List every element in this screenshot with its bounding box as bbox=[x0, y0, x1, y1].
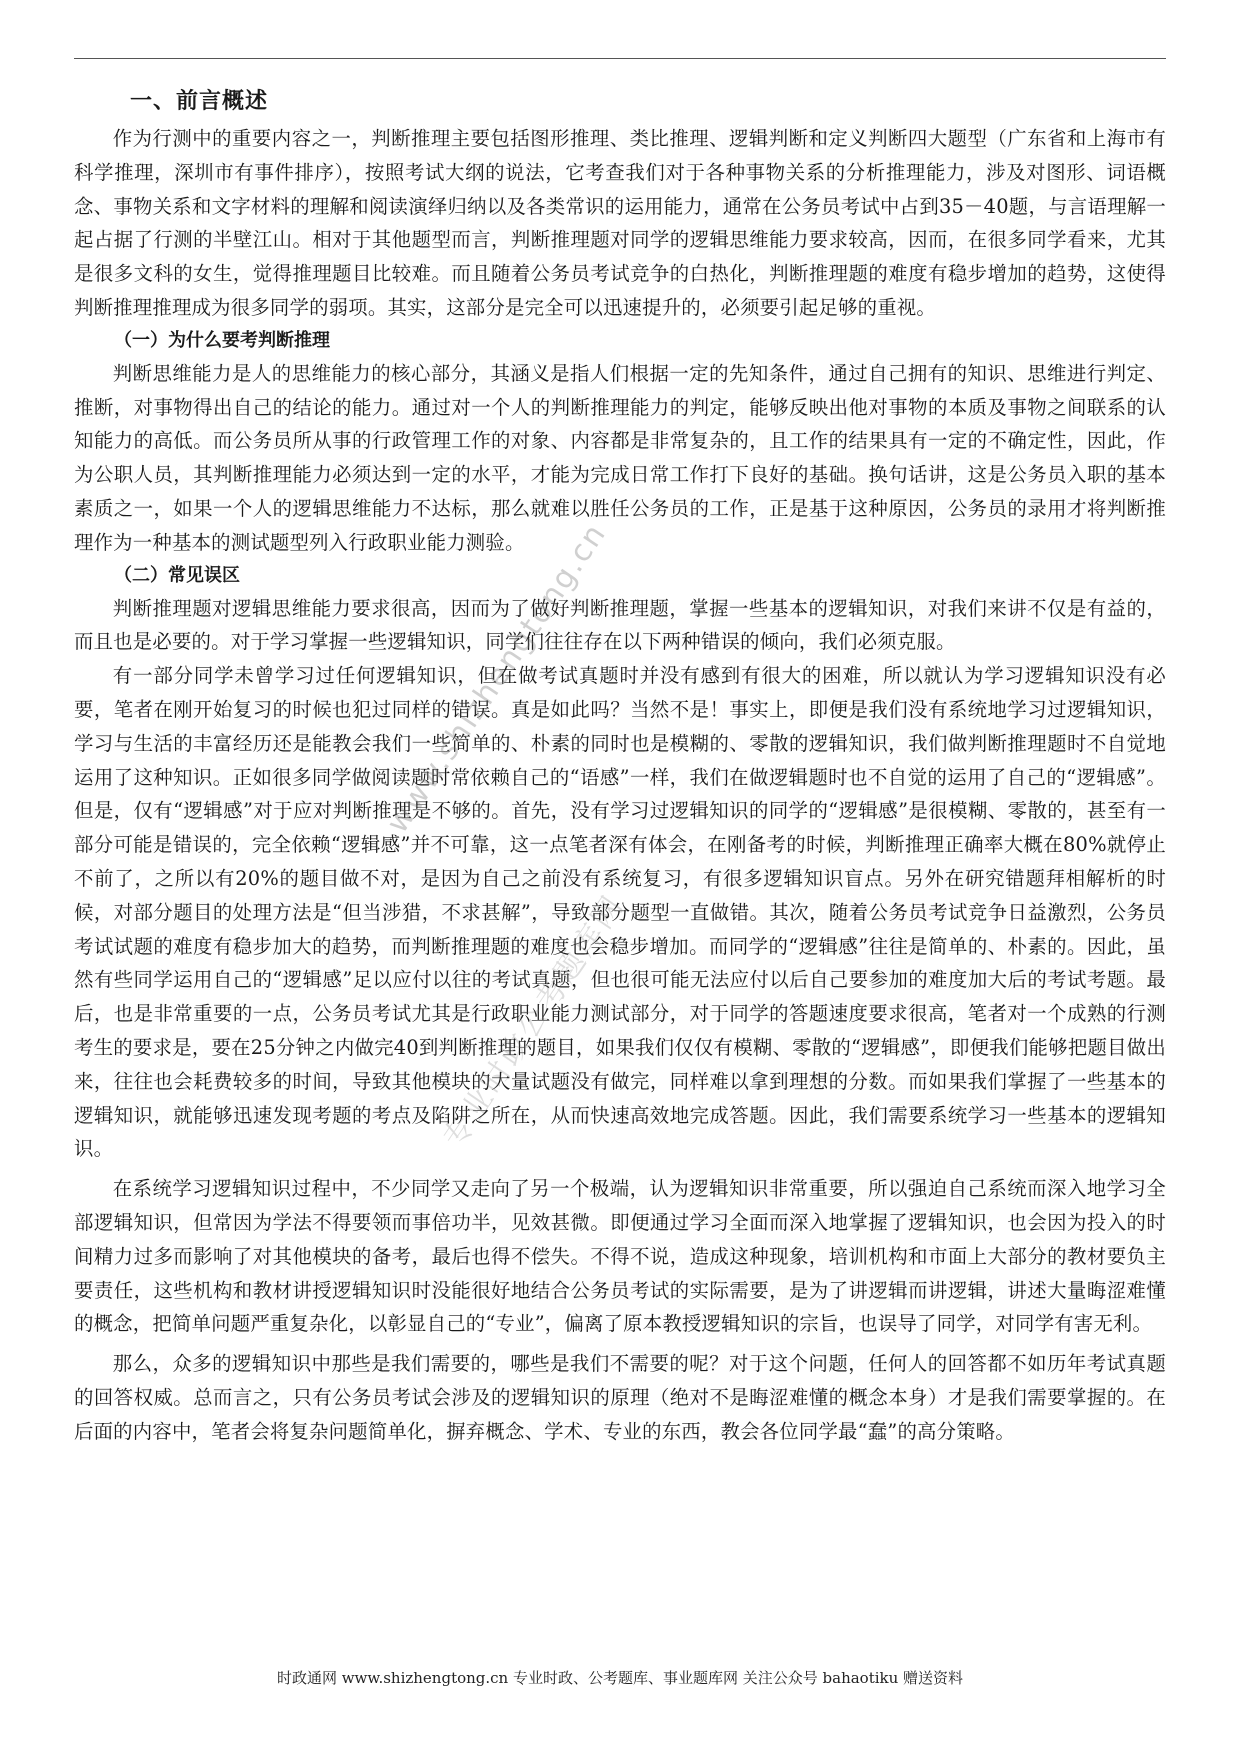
header-rule bbox=[74, 58, 1166, 59]
subsection-title-misconceptions: （二）常见误区 bbox=[74, 560, 1166, 592]
paragraph: 在系统学习逻辑知识过程中，不少同学又走向了另一个极端，认为逻辑知识非常重要，所以… bbox=[74, 1172, 1166, 1341]
section-title: 一、前言概述 bbox=[74, 84, 1166, 118]
paragraph: 那么，众多的逻辑知识中那些是我们需要的，哪些是我们不需要的呢？对于这个问题，任何… bbox=[74, 1347, 1166, 1448]
document-body: 一、前言概述 作为行测中的重要内容之一，判断推理主要包括图形推理、类比推理、逻辑… bbox=[74, 84, 1166, 1448]
paragraph: 判断思维能力是人的思维能力的核心部分，其涵义是指人们根据一定的先知条件，通过自己… bbox=[74, 357, 1166, 560]
subsection-title-why: （一）为什么要考判断推理 bbox=[74, 325, 1166, 357]
intro-paragraph: 作为行测中的重要内容之一，判断推理主要包括图形推理、类比推理、逻辑判断和定义判断… bbox=[74, 122, 1166, 325]
page-footer: 时政通网 www.shizhengtong.cn 专业时政、公考题库、事业题库网… bbox=[0, 1667, 1240, 1688]
paragraph: 判断推理题对逻辑思维能力要求很高，因而为了做好判断推理题，掌握一些基本的逻辑知识… bbox=[74, 592, 1166, 660]
